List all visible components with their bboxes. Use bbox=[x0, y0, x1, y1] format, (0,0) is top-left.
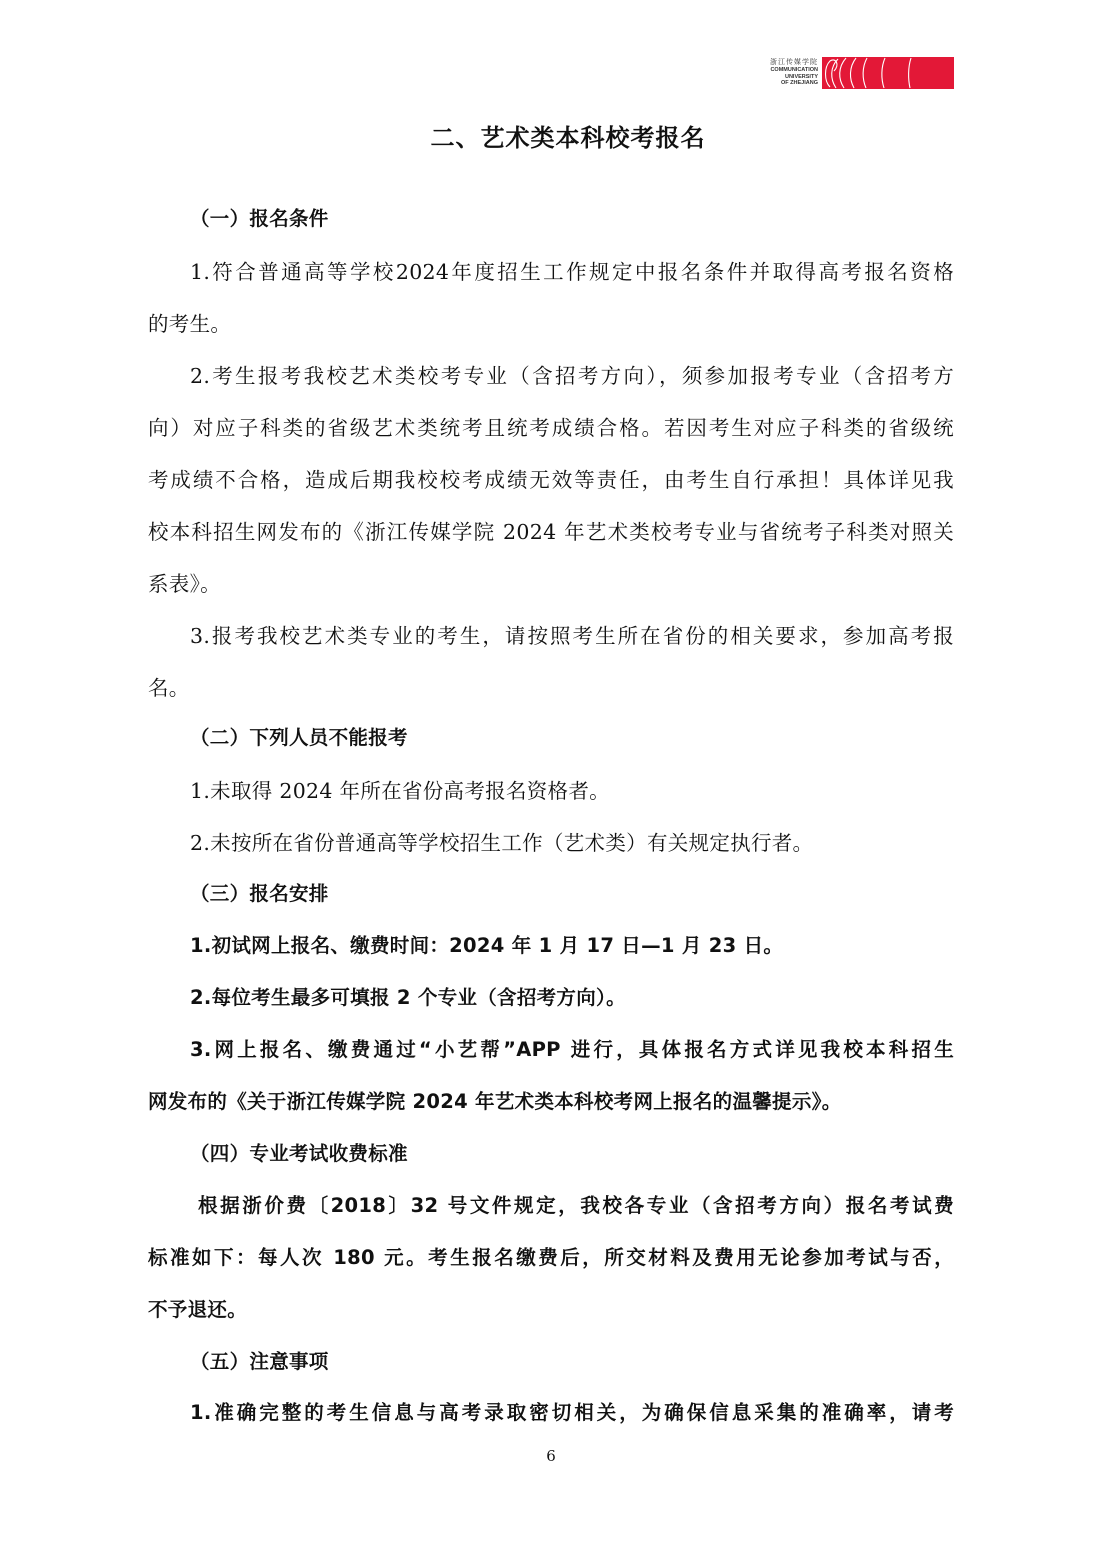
paragraph-line: 3.报考我校艺术类专业的考生，请按照考生所在省份的相关要求，参加高考报 bbox=[148, 619, 954, 649]
section-heading: （五）注意事项 bbox=[148, 1346, 954, 1374]
logo-chinese-name: 浙江传媒学院 bbox=[752, 57, 818, 67]
paragraph-line: 校本科招生网发布的《浙江传媒学院 2024 年艺术类校考专业与省统考子科类对照关 bbox=[148, 515, 954, 545]
paragraph-line: 考成绩不合格，造成后期我校校考成绩无效等责任，由考生自行承担！具体详见我 bbox=[148, 463, 954, 493]
paragraph-line: 1.符合普通高等学校2024年度招生工作规定中报名条件并取得高考报名资格 bbox=[148, 255, 954, 285]
paragraph-line: 标准如下：每人次 180 元。考生报名缴费后，所交材料及费用无论参加考试与否， bbox=[148, 1242, 954, 1270]
paragraph-line: 的考生。 bbox=[148, 307, 954, 337]
logo-english-line: OF ZHEJIANG bbox=[752, 80, 818, 87]
paragraph-line: 3.网上报名、缴费通过“小艺帮”APP 进行，具体报名方式详见我校本科招生 bbox=[148, 1034, 954, 1062]
list-item: 2.未按所在省份普通高等学校招生工作（艺术类）有关规定执行者。 bbox=[148, 826, 954, 856]
section-heading: （四）专业考试收费标准 bbox=[148, 1138, 954, 1166]
university-logo: 浙江传媒学院 COMMUNICATION UNIVERSITY OF ZHEJI… bbox=[752, 55, 954, 91]
paragraph-line: 不予退还。 bbox=[148, 1294, 954, 1322]
list-item: 2.每位考生最多可填报 2 个专业（含招考方向）。 bbox=[148, 982, 954, 1010]
paragraph-line: 网发布的《关于浙江传媒学院 2024 年艺术类本科校考网上报名的温馨提示》。 bbox=[148, 1086, 954, 1114]
paragraph-line: 根据浙价费〔2018〕32 号文件规定，我校各专业（含招考方向）报名考试费 bbox=[148, 1190, 954, 1218]
page-number: 6 bbox=[0, 1447, 1102, 1465]
section-heading: （一）报名条件 bbox=[148, 203, 954, 231]
page-title: 二、艺术类本科校考报名 bbox=[0, 118, 1102, 153]
section-heading: （二）下列人员不能报考 bbox=[148, 722, 954, 750]
list-item: 1.未取得 2024 年所在省份高考报名资格者。 bbox=[148, 774, 954, 804]
paragraph-line: 向）对应子科类的省级艺术类统考且统考成绩合格。若因考生对应子科类的省级统 bbox=[148, 411, 954, 441]
paragraph-line: 2.考生报考我校艺术类校考专业（含招考方向），须参加报考专业（含招考方 bbox=[148, 359, 954, 389]
logo-stripes-icon bbox=[822, 57, 954, 89]
logo-text: 浙江传媒学院 COMMUNICATION UNIVERSITY OF ZHEJI… bbox=[752, 57, 818, 87]
paragraph-line: 系表》。 bbox=[148, 567, 954, 597]
paragraph-line: 名。 bbox=[148, 671, 954, 701]
list-item: 1.初试网上报名、缴费时间：2024 年 1 月 17 日—1 月 23 日。 bbox=[148, 930, 954, 958]
paragraph-line: 1.准确完整的考生信息与高考录取密切相关，为确保信息采集的准确率，请考 bbox=[148, 1397, 954, 1425]
section-heading: （三）报名安排 bbox=[148, 878, 954, 906]
